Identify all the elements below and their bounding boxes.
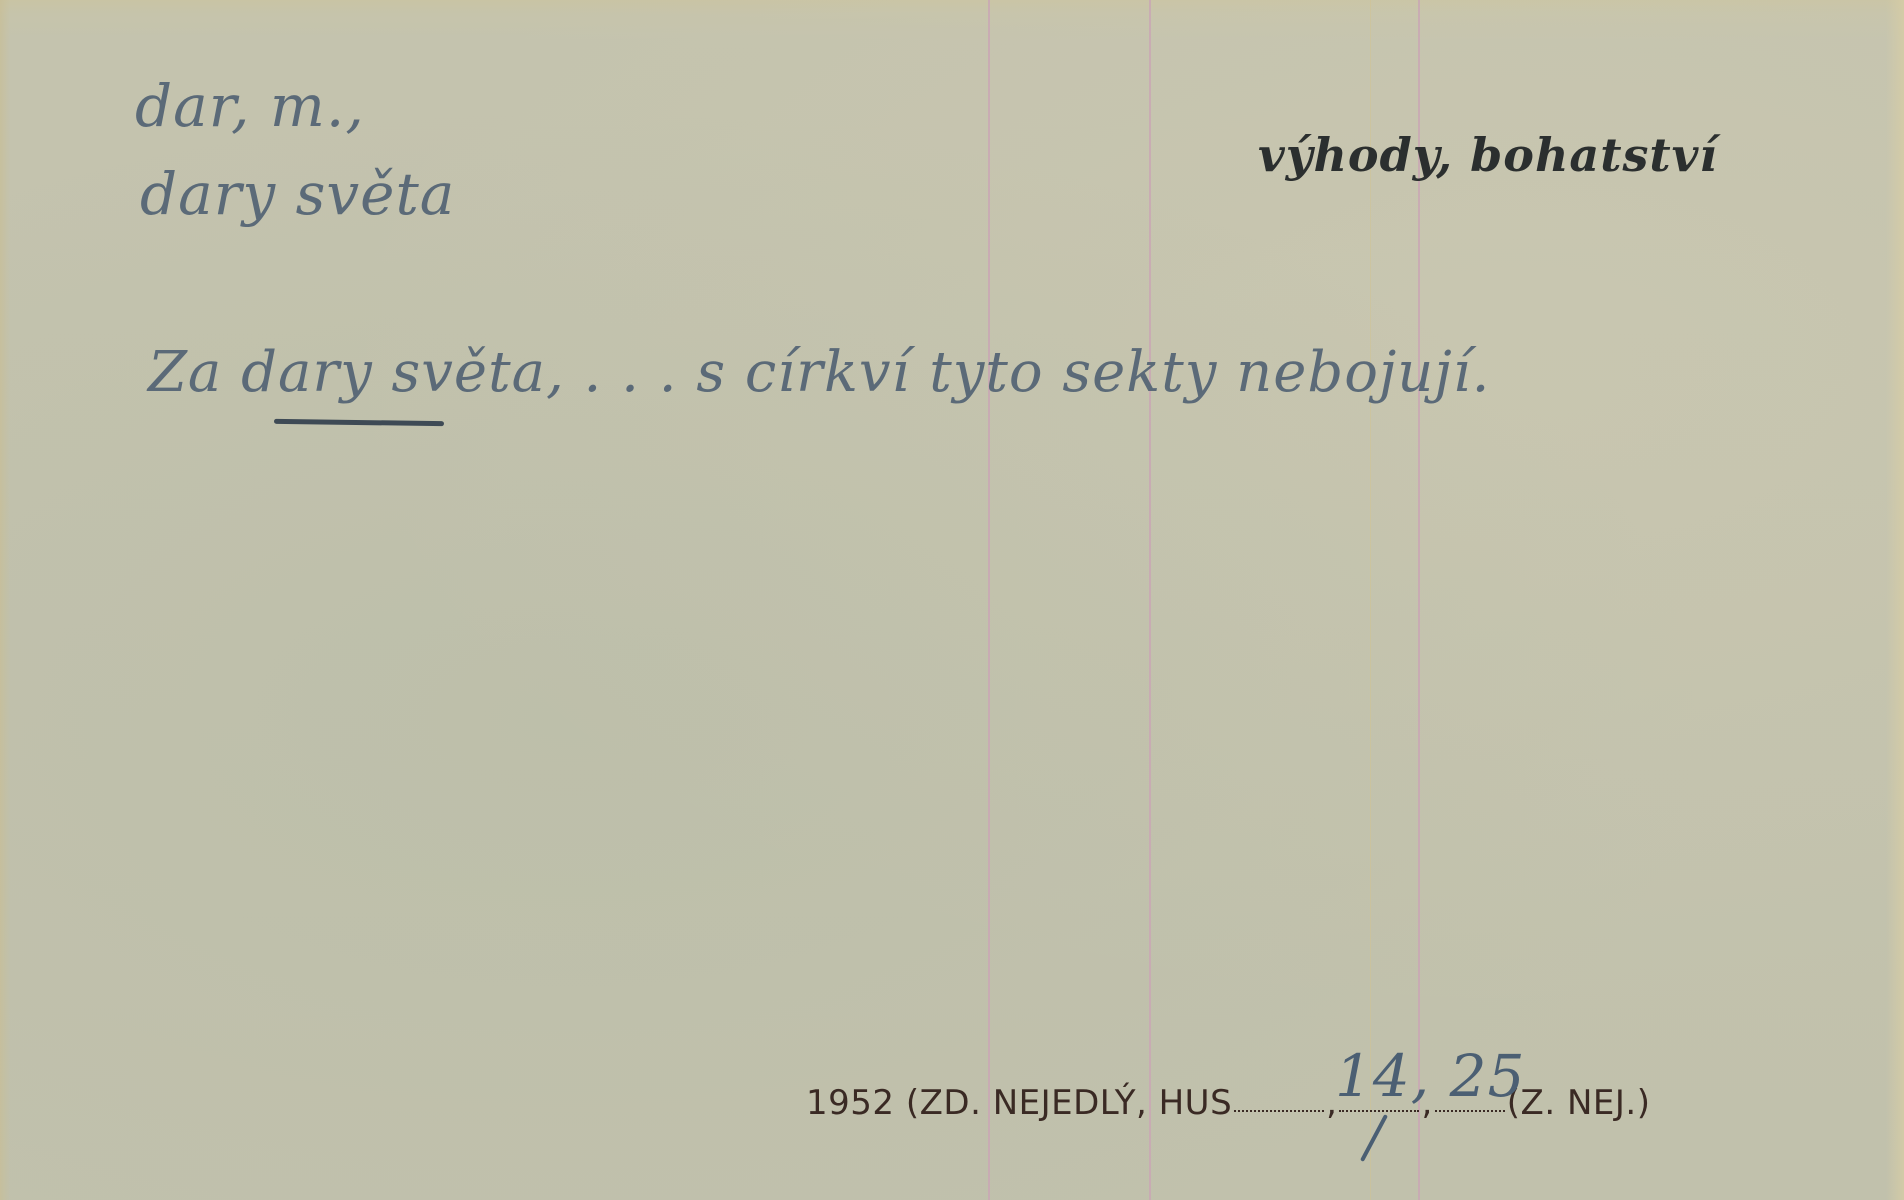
- citation-abbreviation: (Z. NEJ.): [1507, 1083, 1651, 1123]
- card-edge-left: [0, 0, 10, 1200]
- sentence-keyword: dary: [241, 340, 373, 405]
- page-blank-2: [1339, 1110, 1419, 1112]
- page-blank-1: [1234, 1110, 1324, 1112]
- headword: dar, m.,: [135, 72, 365, 140]
- keyword-underline: [274, 419, 444, 426]
- index-card: dar, m., dary světa výhody, bohatství Za…: [0, 0, 1904, 1200]
- card-edge-right: [1886, 0, 1904, 1200]
- ruled-line: [988, 0, 990, 1200]
- sentence-before: Za: [148, 340, 241, 405]
- sentence-after: světa, . . . s církví tyto sekty nebojuj…: [373, 340, 1491, 405]
- gloss: výhody, bohatství: [1258, 128, 1718, 182]
- page-numbers: 14, 25: [1335, 1042, 1525, 1110]
- citation-source: (ZD. NEJEDLÝ, HUS: [906, 1083, 1232, 1123]
- phrase: dary světa: [140, 160, 455, 228]
- example-sentence: Za dary světa, . . . s církví tyto sekty…: [148, 340, 1490, 405]
- ruled-line: [1149, 0, 1151, 1200]
- citation-year: 1952: [806, 1083, 895, 1123]
- page-blank-3: [1435, 1110, 1505, 1112]
